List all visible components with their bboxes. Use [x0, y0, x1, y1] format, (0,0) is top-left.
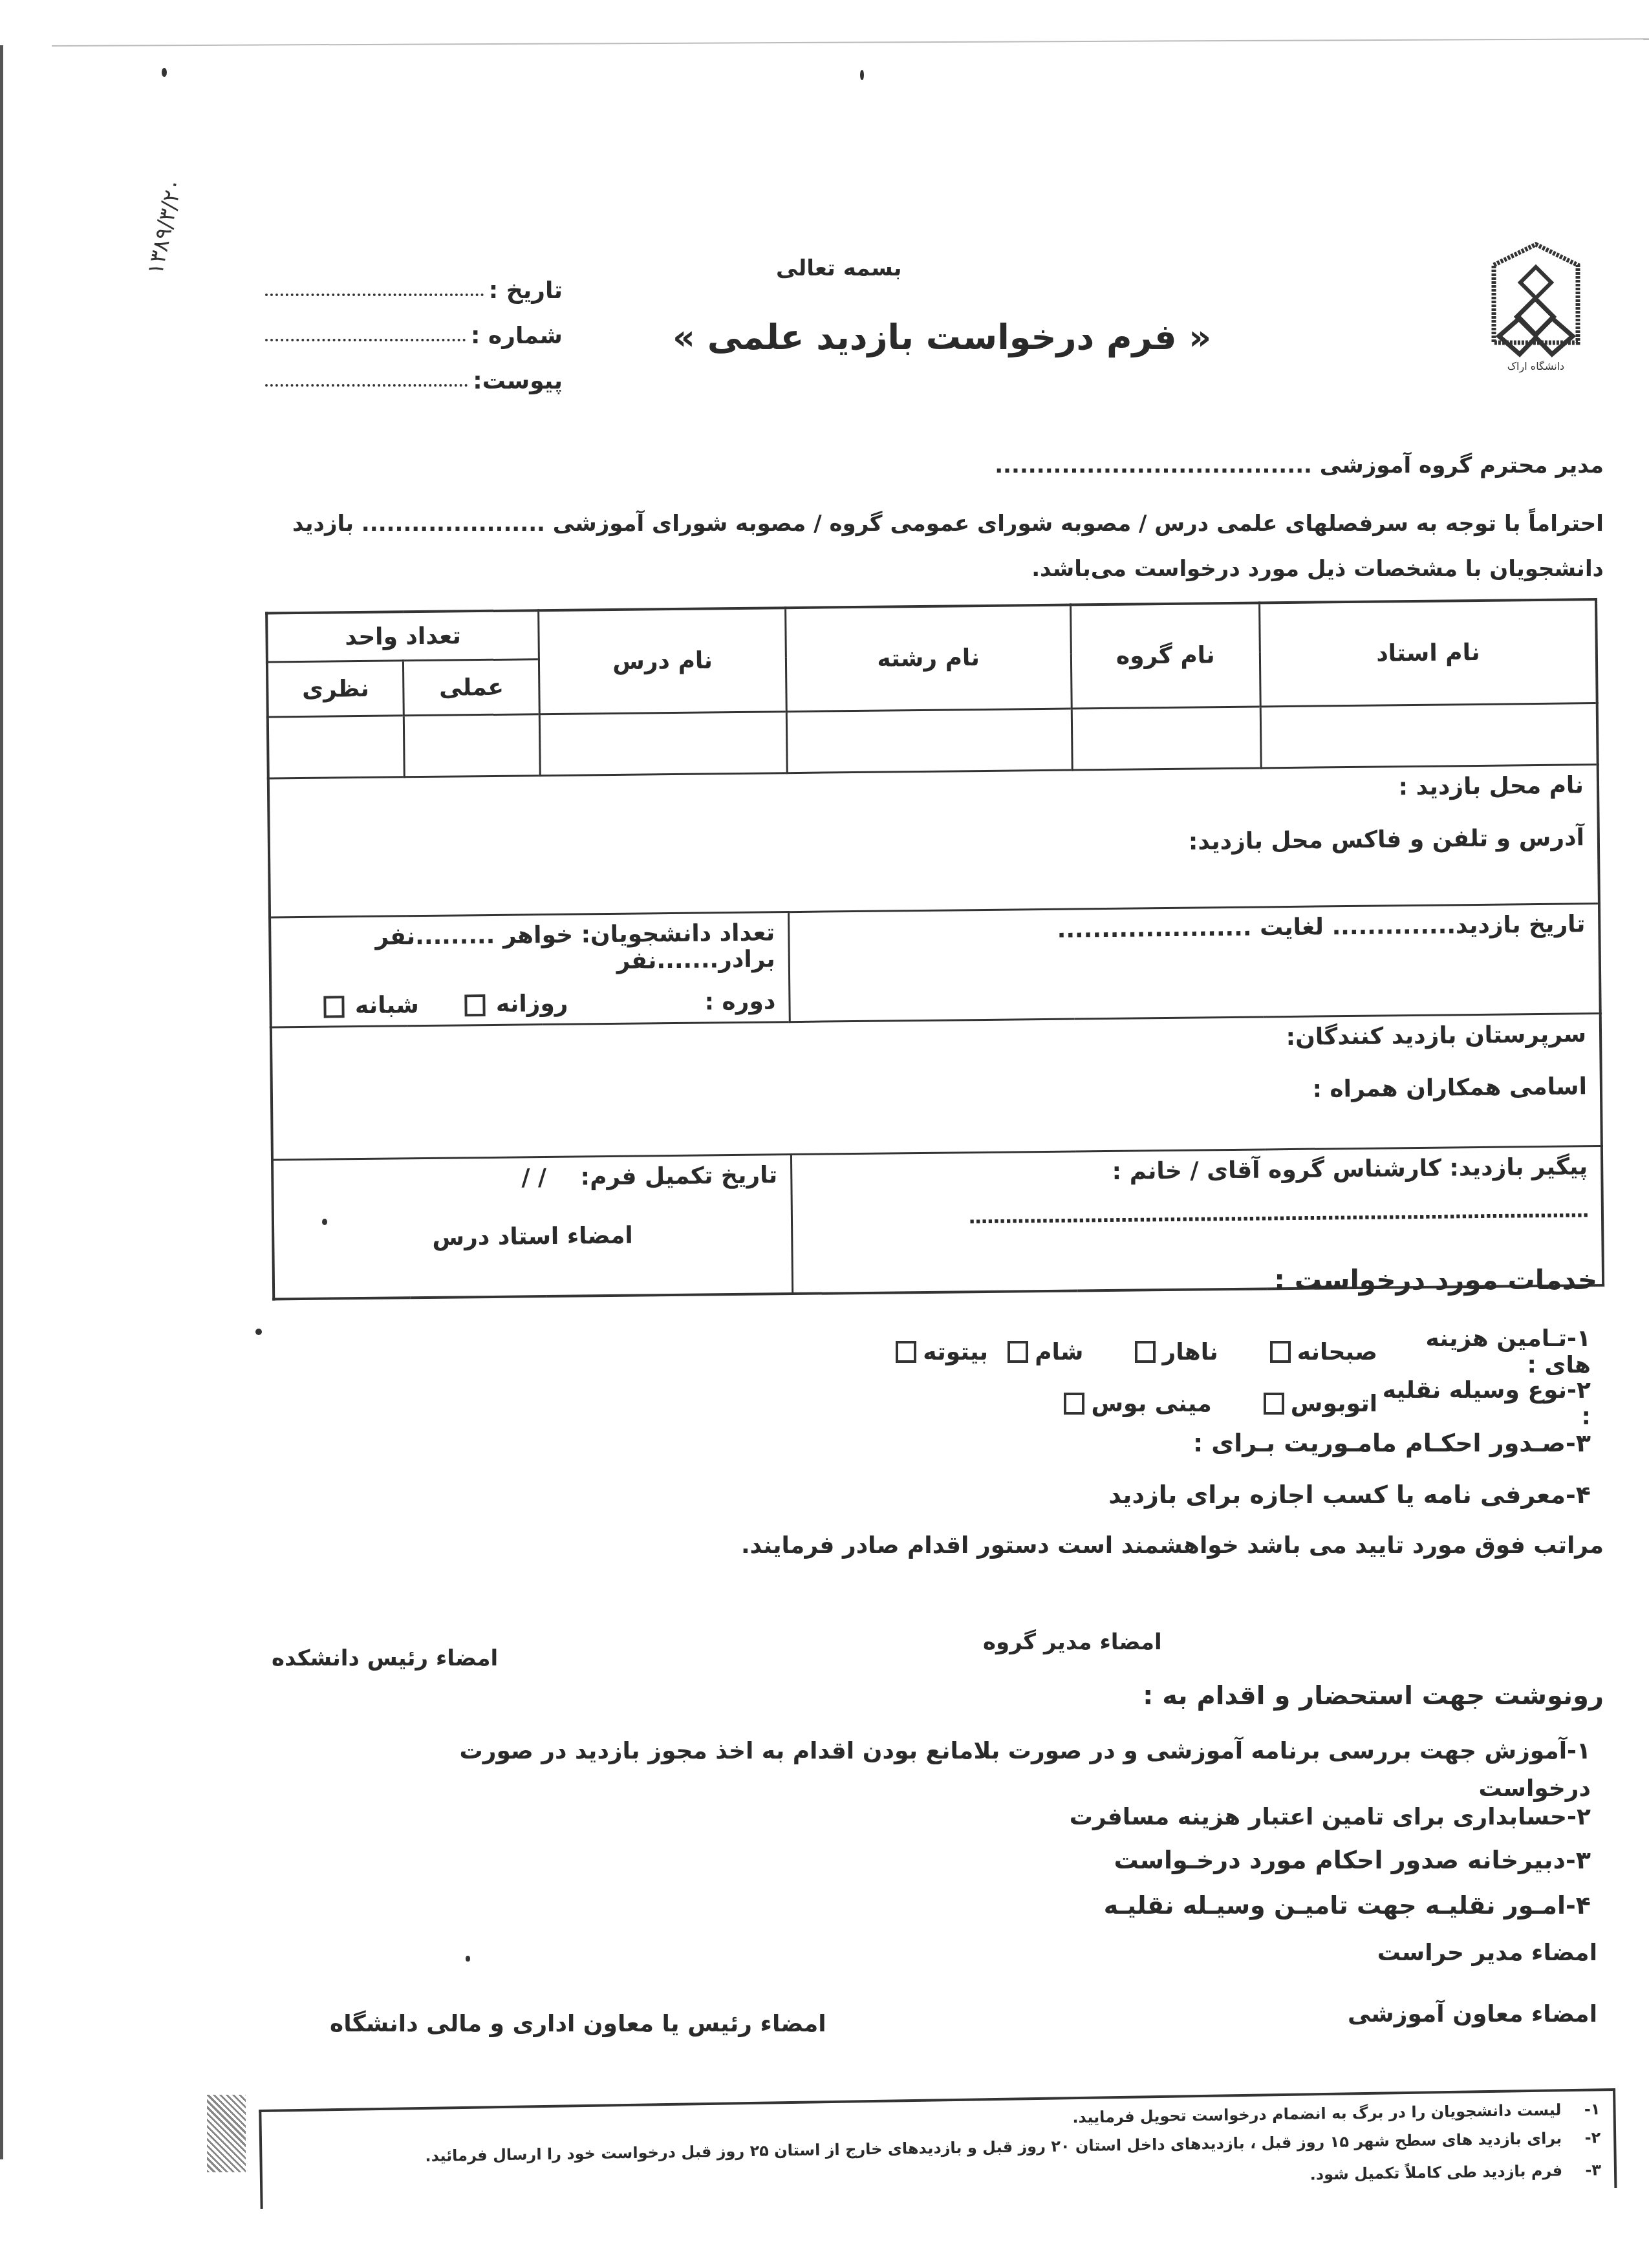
- visit-request-table: نام استاد نام گروه نام رشته نام درس تعدا…: [265, 598, 1604, 1300]
- confirmation-text: مراتب فوق مورد تایید می باشد خواهشمند اس…: [741, 1532, 1604, 1559]
- header-group-name: نام گروه: [1070, 603, 1260, 709]
- note-2: ۲-برای بازدید های سطح شهر ۱۵ روز قبل ، ب…: [425, 2128, 1600, 2165]
- scan-speck: [162, 68, 167, 77]
- visit-address-label: آدرس و تلفن و فاکس محل بازدید:: [283, 824, 1584, 864]
- option-minibus[interactable]: مینی بوس: [1057, 1391, 1211, 1417]
- overnight-label: بیتوته: [923, 1339, 988, 1365]
- completion-date-value[interactable]: / /: [521, 1164, 546, 1191]
- form-title: « فرم درخواست بازدید علمی »: [673, 317, 1211, 358]
- cell-group-name[interactable]: [1072, 707, 1262, 770]
- meta-attachment-field[interactable]: پیوست:: [265, 349, 563, 394]
- note-3: ۳-فرم بازدید طی کاملاً تکمیل شود.: [1309, 2161, 1601, 2183]
- scan-speck: [860, 70, 864, 80]
- scan-speck: [322, 1219, 327, 1225]
- period-day-label: روزانه: [496, 990, 568, 1018]
- student-count-label: تعداد دانشجویان: خواهر .........نفر براد…: [284, 919, 775, 978]
- minibus-checkbox[interactable]: [1064, 1393, 1084, 1415]
- scan-speck: [255, 1329, 262, 1335]
- note-1: ۱-لیست دانشجویان را در برگ به انضمام درخ…: [1072, 2100, 1600, 2126]
- dinner-checkbox[interactable]: [1008, 1341, 1028, 1363]
- meta-date-dotted-line: [265, 288, 484, 296]
- intro-line-1: احتراماً با توجه به سرفصلهای علمی درس / …: [292, 511, 1604, 537]
- overnight-checkbox[interactable]: [896, 1341, 916, 1363]
- group-head-signature: امضاء مدیر گروه: [983, 1629, 1162, 1655]
- university-logo-icon: دانشگاه اراک: [1481, 239, 1591, 375]
- lunch-label: ناهار: [1162, 1339, 1218, 1365]
- completion-date-label: تاریخ تکمیل فرم:: [580, 1162, 777, 1190]
- minibus-label: مینی بوس: [1091, 1391, 1211, 1417]
- salutation-line: مدیر محترم گروه آموزشی .................…: [995, 453, 1604, 478]
- period-evening-checkbox[interactable]: [324, 996, 345, 1018]
- meta-attachment-label: پیوست:: [473, 368, 563, 394]
- follow-up-label: پیگیر بازدید: کارشناس گروه آقای / خانم :: [805, 1153, 1588, 1188]
- document-meta-block: تاریخ : شماره : پیوست:: [265, 259, 563, 394]
- completion-date-row: تاریخ تکمیل فرم: / /: [286, 1162, 777, 1193]
- vehicle-type-label: ۲-نوع وسیله نقلیه :: [1377, 1377, 1591, 1430]
- supervisors-cell[interactable]: سرپرستان بازدید کنندگان: اسامی همکاران ه…: [271, 1013, 1602, 1160]
- meta-number-dotted-line: [265, 334, 466, 341]
- cell-course-name[interactable]: [540, 712, 787, 776]
- president-signature: امضاء رئیس یا معاون اداری و مالی دانشگاه: [330, 2011, 826, 2037]
- visit-date-label: تاریخ بازدید.............. لغایت .......…: [803, 911, 1586, 946]
- svg-text:دانشگاه اراک: دانشگاه اراک: [1507, 360, 1564, 373]
- scan-artifact: [207, 2095, 246, 2172]
- header-course-name: نام درس: [539, 608, 786, 714]
- instructor-signature-label: امضاء استاد درس: [287, 1221, 778, 1252]
- option-breakfast[interactable]: صبحانه: [1264, 1339, 1377, 1365]
- scan-page-edge: [0, 45, 3, 2159]
- header-theoretical-units: نظری: [267, 661, 404, 717]
- completion-cell[interactable]: تاریخ تکمیل فرم: / / امضاء استاد درس: [272, 1155, 793, 1299]
- option-overnight[interactable]: بیتوته: [889, 1339, 988, 1365]
- option-lunch[interactable]: ناهار: [1128, 1339, 1218, 1365]
- notes-box: ۱-لیست دانشجویان را در برگ به انضمام درخ…: [259, 2088, 1617, 2209]
- meta-number-label: شماره :: [471, 323, 563, 349]
- cell-theoretical-units[interactable]: [268, 716, 405, 778]
- visit-place-label: نام محل بازدید :: [283, 772, 1584, 812]
- security-head-signature: امضاء مدیر حراست: [1377, 1940, 1597, 1966]
- meta-date-field[interactable]: تاریخ :: [265, 259, 563, 304]
- meta-number-field[interactable]: شماره :: [265, 304, 563, 349]
- service-costs-row: ۱-تـامین هزینه های : صبحانه ناهار شام بی…: [844, 1325, 1591, 1378]
- mission-orders-item: ۳-صـدور احکـام مامـوریت بـرای :: [1193, 1429, 1591, 1457]
- lunch-checkbox[interactable]: [1135, 1341, 1156, 1363]
- services-title: خدمات مورد درخواست :: [1274, 1264, 1597, 1296]
- visit-date-cell[interactable]: تاریخ بازدید.............. لغایت .......…: [788, 903, 1600, 1022]
- cell-practical-units[interactable]: [404, 714, 541, 777]
- service-costs-label: ۱-تـامین هزینه های :: [1377, 1325, 1591, 1378]
- period-evening-label: شبانه: [355, 992, 419, 1019]
- scan-top-rule: [52, 38, 1649, 47]
- bus-checkbox[interactable]: [1264, 1393, 1284, 1415]
- meta-date-label: تاریخ :: [489, 277, 563, 304]
- supervisors-label: سرپرستان بازدید کنندگان:: [285, 1021, 1586, 1061]
- cell-major-name[interactable]: [786, 709, 1072, 773]
- header-instructor-name: نام استاد: [1260, 599, 1597, 707]
- cc-item-transport: ۴-امـور نقلیـه جهت تامیـن وسیـله نقلیـه: [1104, 1891, 1591, 1920]
- intro-line-2: دانشجویان با مشخصات ذیل مورد درخواست می‌…: [1031, 556, 1604, 582]
- option-dinner[interactable]: شام: [1001, 1339, 1083, 1365]
- cc-item-secretariat: ۳-دبیرخانه صدور احکام مورد درخـواست: [1114, 1846, 1591, 1874]
- student-count-cell[interactable]: تعداد دانشجویان: خواهر .........نفر براد…: [270, 912, 790, 1027]
- colleagues-label: اسامی همکاران همراه :: [286, 1073, 1587, 1113]
- bus-label: اتوبوس: [1291, 1391, 1377, 1417]
- option-bus[interactable]: اتوبوس: [1257, 1391, 1377, 1417]
- vehicle-type-row: ۲-نوع وسیله نقلیه : اتوبوس مینی بوس: [1012, 1377, 1591, 1430]
- cell-instructor-name[interactable]: [1260, 703, 1597, 768]
- period-day-checkbox[interactable]: [465, 994, 486, 1016]
- breakfast-label: صبحانه: [1297, 1339, 1377, 1365]
- breakfast-checkbox[interactable]: [1270, 1341, 1291, 1363]
- bismillah-heading: بسمه تعالی: [776, 255, 902, 281]
- faculty-head-signature: امضاء رئیس دانشکده: [272, 1645, 498, 1671]
- cc-item-accounting: ۲-حسابداری برای تامین اعتبار هزینه مسافر…: [1070, 1804, 1591, 1830]
- cc-item-education: ۱-آموزش جهت بررسی برنامه آموزشی و در صور…: [362, 1733, 1591, 1808]
- education-deputy-signature: امضاء معاون آموزشی: [1348, 2001, 1597, 2027]
- header-practical-units: عملی: [404, 659, 540, 716]
- scan-speck: [466, 1956, 470, 1962]
- header-units: تعداد واحد: [266, 610, 539, 662]
- period-row: دوره : روزانه شبانه: [285, 988, 775, 1020]
- handwritten-margin-note: ۱۳۸۹/۳/۲۰: [142, 177, 188, 277]
- period-label: دوره :: [704, 988, 775, 1015]
- introduction-letter-item: ۴-معرفی نامه یا کسب اجازه برای بازدید: [1108, 1481, 1591, 1509]
- visit-location-cell[interactable]: نام محل بازدید : آدرس و تلفن و فاکس محل …: [268, 765, 1599, 918]
- meta-attachment-dotted-line: [265, 379, 468, 387]
- follow-up-dotted-line: ........................................…: [806, 1199, 1588, 1230]
- cc-title: رونوشت جهت استحضار و اقدام به :: [1143, 1681, 1604, 1711]
- header-major-name: نام رشته: [785, 605, 1071, 712]
- dinner-label: شام: [1035, 1339, 1083, 1365]
